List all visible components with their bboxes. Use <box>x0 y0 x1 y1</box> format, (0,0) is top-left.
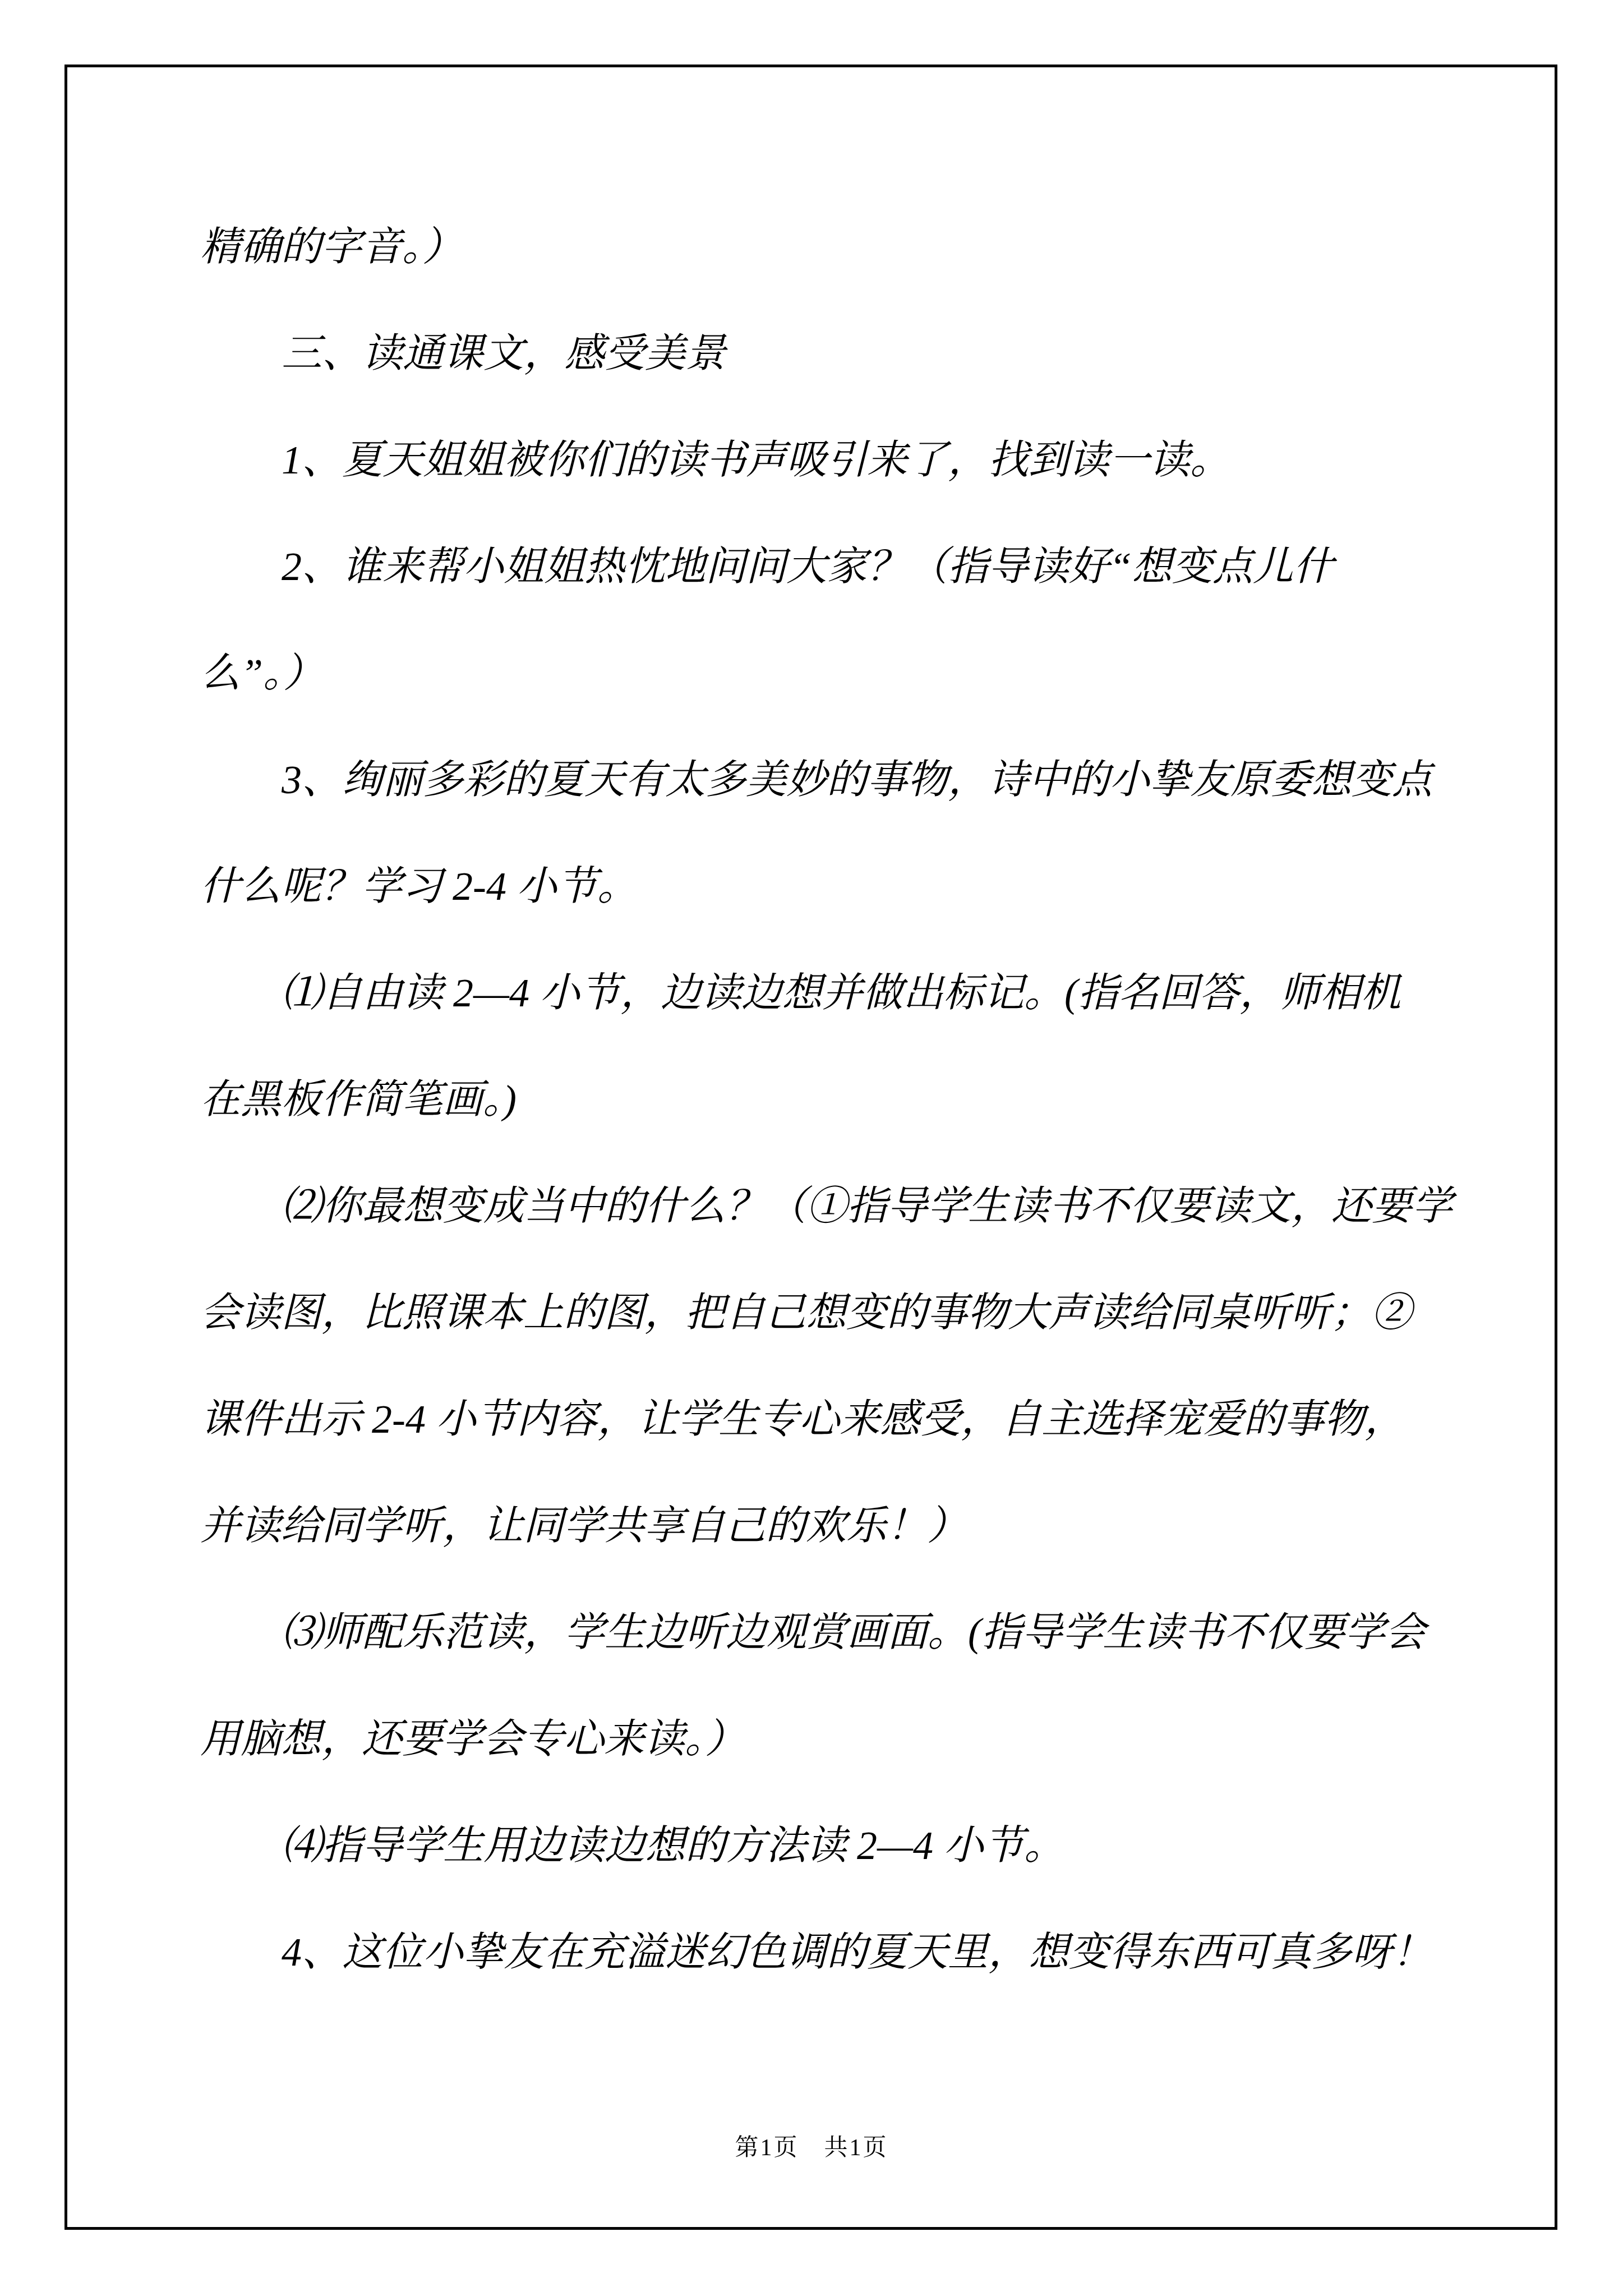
text-line: 会读图，比照课本上的图，把自己想变的事物大声读给同桌听听；② <box>200 1259 1468 1366</box>
text-line: 4、这位小挚友在充溢迷幻色调的夏天里，想变得东西可真多呀！ <box>200 1899 1468 2005</box>
text-line: 课件出示 2-4 小节内容，让学生专心来感受，自主选择宠爱的事物， <box>200 1366 1468 1473</box>
text-line: 2、谁来帮小姐姐热忱地问问大家？（指导读好“想变点儿什 <box>200 513 1468 620</box>
text-line: 1、夏天姐姐被你们的读书声吸引来了，找到读一读。 <box>200 407 1468 513</box>
text-line: ⑵你最想变成当中的什么？（①指导学生读书不仅要读文，还要学 <box>200 1153 1468 1259</box>
text-line: 3、绚丽多彩的夏天有太多美妙的事物，诗中的小挚友原委想变点 <box>200 726 1468 833</box>
text-line: ⑷指导学生用边读边想的方法读 2—4 小节。 <box>200 1792 1468 1899</box>
text-line: ⑶师配乐范读，学生边听边观赏画面。(指导学生读书不仅要学会 <box>200 1579 1468 1686</box>
text-line: 精确的字音。） <box>200 194 1468 300</box>
text-line: 么”。） <box>200 620 1468 726</box>
text-line: ⑴自由读 2—4 小节，边读边想并做出标记。(指名回答，师相机 <box>200 940 1468 1046</box>
text-line: 什么呢？学习 2-4 小节。 <box>200 833 1468 940</box>
text-line: 在黑板作简笔画。) <box>200 1046 1468 1153</box>
text-line: 并读给同学听，让同学共享自己的欢乐！） <box>200 1473 1468 1579</box>
page-number-indicator: 第1页 共1页 <box>0 2129 1623 2162</box>
text-line: 三、读通课文，感受美景 <box>200 300 1468 407</box>
document-lines: 精确的字音。）三、读通课文，感受美景1、夏天姐姐被你们的读书声吸引来了，找到读一… <box>200 194 1468 2005</box>
text-line: 用脑想，还要学会专心来读。） <box>200 1686 1468 1792</box>
document-page: { "page": { "background_color": "#ffffff… <box>0 0 1623 2296</box>
